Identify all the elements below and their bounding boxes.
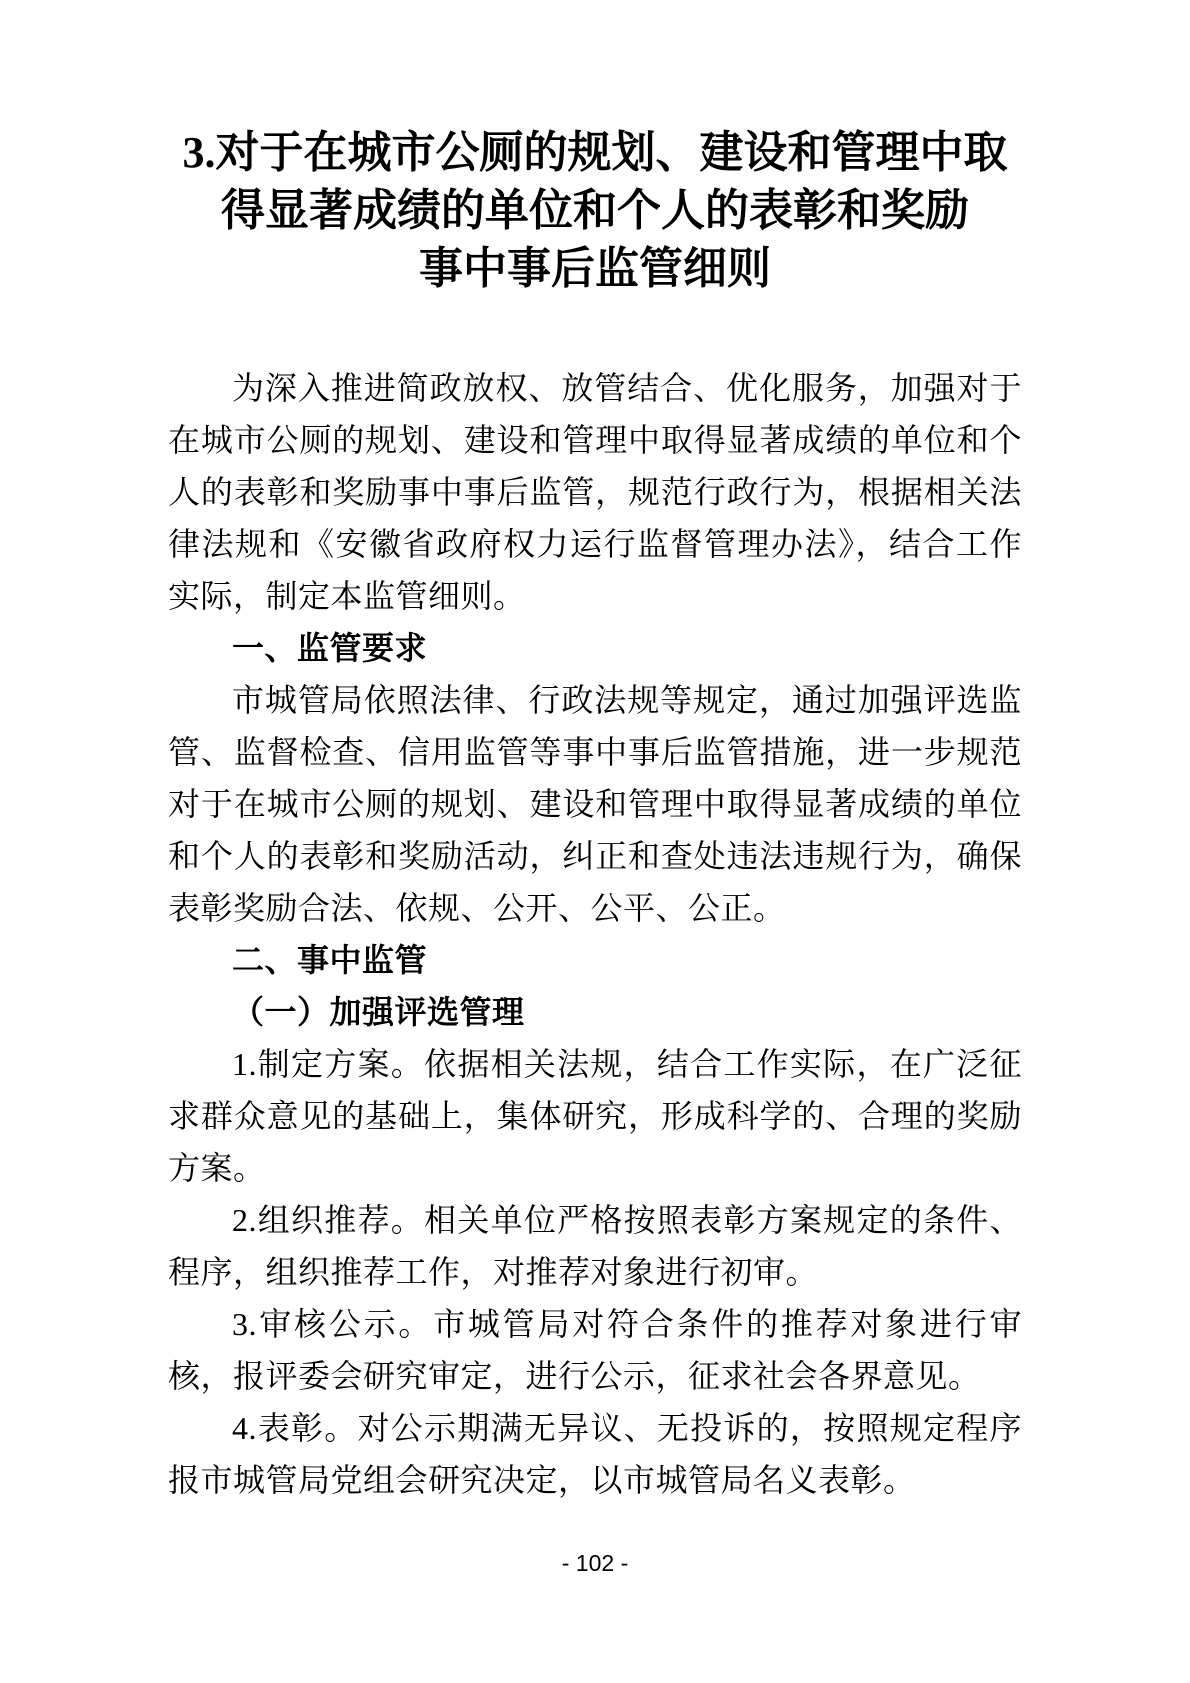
paragraph: 市城管局依照法律、行政法规等规定，通过加强评选监管、监督检查、信用监管等事中事后… bbox=[168, 674, 1022, 934]
paragraph: 4.表彰。对公示期满无异议、无投诉的，按照规定程序报市城管局党组会研究决定，以市… bbox=[168, 1402, 1022, 1506]
section-heading: （一）加强评选管理 bbox=[168, 986, 1022, 1038]
page-number: - 102 - bbox=[562, 1550, 628, 1576]
document-page: 3.对于在城市公厕的规划、建设和管理中取 得显著成绩的单位和个人的表彰和奖励 事… bbox=[0, 0, 1190, 1683]
section-heading: 一、监管要求 bbox=[168, 622, 1022, 674]
page-footer: - 102 - bbox=[0, 1548, 1190, 1578]
paragraph: 为深入推进简政放权、放管结合、优化服务，加强对于在城市公厕的规划、建设和管理中取… bbox=[168, 362, 1022, 622]
paragraph: 3.审核公示。市城管局对符合条件的推荐对象进行审核，报评委会研究审定，进行公示，… bbox=[168, 1298, 1022, 1402]
title-line: 3.对于在城市公厕的规划、建设和管理中取 bbox=[168, 124, 1022, 182]
document-body: 为深入推进简政放权、放管结合、优化服务，加强对于在城市公厕的规划、建设和管理中取… bbox=[168, 362, 1022, 1506]
title-line: 得显著成绩的单位和个人的表彰和奖励 bbox=[168, 182, 1022, 240]
paragraph: 2.组织推荐。相关单位严格按照表彰方案规定的条件、程序，组织推荐工作，对推荐对象… bbox=[168, 1194, 1022, 1298]
section-heading: 二、事中监管 bbox=[168, 934, 1022, 986]
paragraph: 1.制定方案。依据相关法规，结合工作实际，在广泛征求群众意见的基础上，集体研究，… bbox=[168, 1038, 1022, 1194]
document-content: 3.对于在城市公厕的规划、建设和管理中取 得显著成绩的单位和个人的表彰和奖励 事… bbox=[168, 0, 1022, 1506]
title-line: 事中事后监管细则 bbox=[168, 240, 1022, 298]
document-title: 3.对于在城市公厕的规划、建设和管理中取 得显著成绩的单位和个人的表彰和奖励 事… bbox=[168, 124, 1022, 298]
